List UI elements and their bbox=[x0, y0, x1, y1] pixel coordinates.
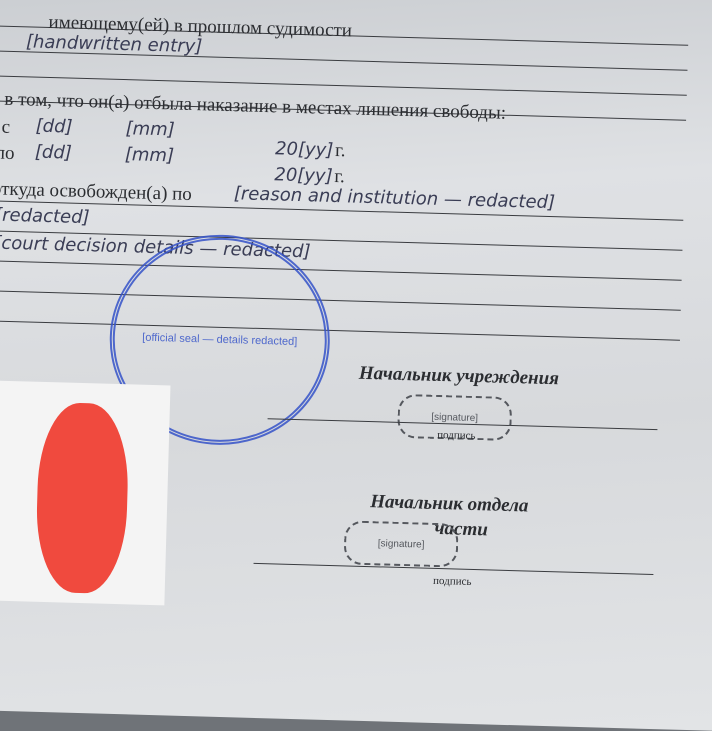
document-page: имеющему(ей) в прошлом судимости [handwr… bbox=[0, 0, 712, 686]
released-value-2: [redacted] bbox=[0, 205, 90, 229]
head-title: Начальник учреждения bbox=[359, 363, 560, 391]
signature-dept: [signature] bbox=[344, 520, 459, 567]
form-line bbox=[0, 290, 681, 310]
photo-redaction bbox=[35, 402, 130, 594]
year-suffix: г. bbox=[334, 166, 345, 188]
form-line bbox=[0, 260, 682, 280]
statement-text: в том, что он(а) отбыла наказание в мест… bbox=[4, 89, 506, 125]
day-to: [dd] bbox=[35, 142, 72, 164]
year-to: 20[yy] bbox=[274, 164, 333, 187]
dept-signature-caption: подпись bbox=[433, 575, 472, 588]
head-signature-caption: подпись bbox=[437, 429, 476, 442]
to-prefix: по bbox=[0, 142, 15, 165]
form-line bbox=[0, 51, 687, 71]
month-to: [mm] bbox=[125, 144, 175, 166]
photo-area bbox=[0, 380, 170, 605]
from-prefix: с bbox=[1, 117, 10, 139]
form-line bbox=[0, 320, 680, 340]
month-from: [mm] bbox=[125, 118, 175, 140]
signature-line bbox=[254, 563, 654, 575]
year-from: 20[yy] bbox=[275, 138, 334, 161]
dept-title: Начальник отдела bbox=[370, 491, 529, 517]
year-suffix: г. bbox=[335, 140, 346, 162]
day-from: [dd] bbox=[35, 116, 72, 138]
